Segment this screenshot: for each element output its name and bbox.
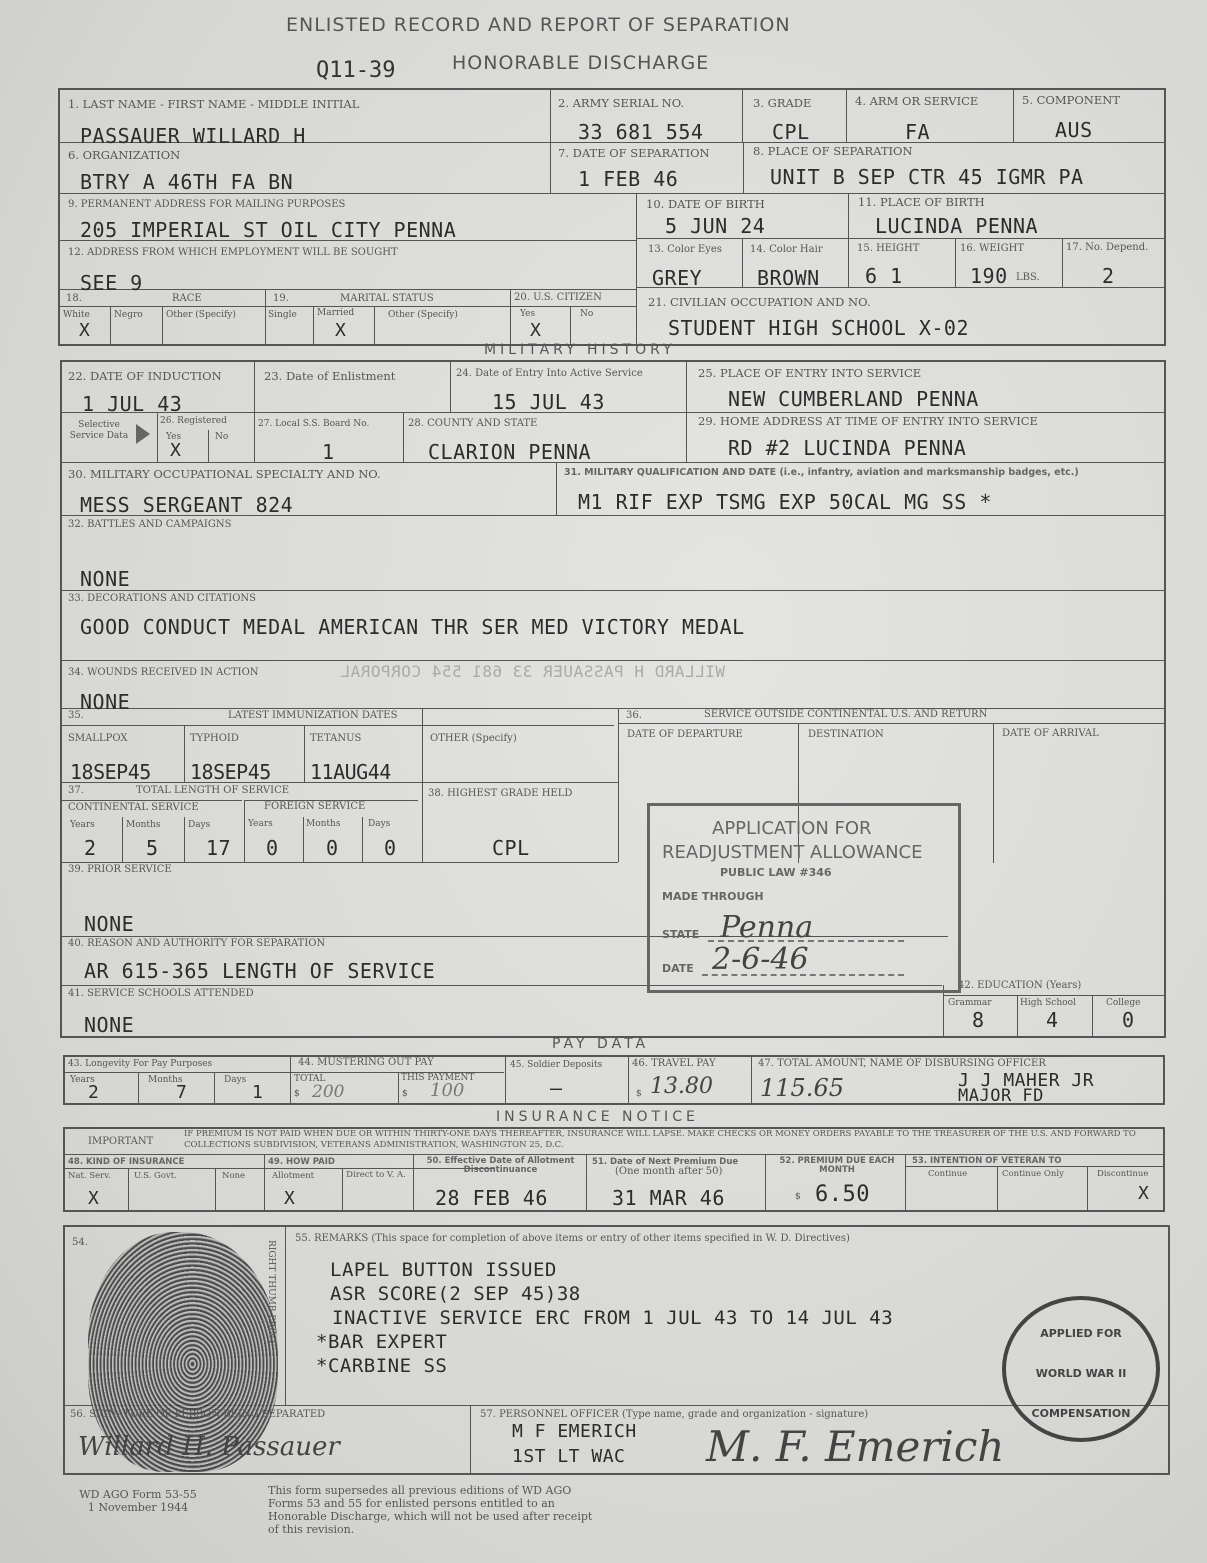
organization-label: 6. ORGANIZATION: [68, 148, 180, 162]
race-mark: X: [79, 320, 90, 341]
prior-service-field[interactable]: NONE: [84, 912, 134, 936]
highest-grade-label: 38. HIGHEST GRADE HELD: [428, 788, 572, 799]
foreign-years-field[interactable]: 0: [266, 836, 279, 860]
disbursing-officer-rank[interactable]: MAJOR FD: [958, 1086, 1044, 1106]
race-option-other[interactable]: Other (Specify): [166, 310, 236, 320]
citizen-option-yes[interactable]: Yes: [520, 309, 535, 319]
component-label: 5. COMPONENT: [1022, 93, 1120, 107]
personnel-officer-label: 57. PERSONNEL OFFICER (Type name, grade …: [480, 1409, 868, 1420]
college-field[interactable]: 0: [1122, 1008, 1135, 1032]
foreign-days-label: Days: [368, 819, 390, 829]
birth-place-field[interactable]: LUCINDA PENNA: [875, 214, 1038, 238]
insurance-option-us-govt[interactable]: U.S. Govt.: [134, 1171, 177, 1181]
longevity-days-label: Days: [224, 1075, 246, 1085]
last-name-label: 1. LAST NAME - FIRST NAME - MIDDLE INITI…: [68, 97, 359, 111]
remarks-line-5[interactable]: *CARBINE SS: [316, 1355, 447, 1377]
veteran-intention-label: 53. INTENTION OF VETERAN TO: [912, 1156, 1061, 1166]
separated-signature[interactable]: Willard H. Passauer: [78, 1432, 340, 1462]
insurance-option-nat-serv[interactable]: Nat. Serv.: [68, 1171, 111, 1181]
birth-place-label: 11. PLACE OF BIRTH: [858, 195, 985, 209]
weight-field[interactable]: 190: [970, 264, 1008, 288]
soldier-deposits-field[interactable]: —: [550, 1076, 563, 1100]
foreign-months-label: Months: [306, 819, 340, 829]
remarks-line-2[interactable]: ASR SCORE(2 SEP 45)38: [330, 1283, 581, 1305]
seal-text: APPLIED FOR WORLD WAR II COMPENSATION: [1018, 1314, 1144, 1434]
qualification-field[interactable]: M1 RIF EXP TSMG EXP 50CAL MG SS *: [578, 490, 992, 514]
stamp-line-2: READJUSTMENT ALLOWANCE: [662, 842, 922, 863]
stamp-line-1: APPLICATION FOR: [712, 818, 872, 839]
college-label: College: [1106, 998, 1140, 1008]
marital-mark: X: [335, 320, 346, 341]
how-paid-mark: X: [284, 1188, 295, 1209]
intention-option-continue[interactable]: Continue: [928, 1169, 967, 1179]
home-address-label: 29. HOME ADDRESS AT TIME OF ENTRY INTO S…: [698, 414, 1038, 428]
ghost-impression-text: WILLARD H PASSAUER 33 681 554 CORPORAL: [340, 662, 725, 681]
currency-symbol: $: [636, 1089, 642, 1099]
separation-date-label: 7. DATE OF SEPARATION: [558, 146, 710, 160]
registered-label: 26. Registered: [160, 416, 227, 426]
intention-option-discontinue[interactable]: Discontinue: [1097, 1169, 1148, 1179]
currency-symbol: $: [402, 1089, 408, 1099]
this-payment-field[interactable]: 100: [430, 1080, 464, 1101]
remarks-line-4[interactable]: *BAR EXPERT: [316, 1331, 447, 1353]
destination-label: DESTINATION: [808, 729, 884, 740]
citizen-option-no[interactable]: No: [580, 309, 593, 319]
active-service-date-label: 24. Date of Entry Into Active Service: [456, 368, 643, 379]
arm-field[interactable]: FA: [905, 120, 930, 144]
enlistment-date-label: 23. Date of Enlistment: [264, 369, 395, 383]
stamp-state-label: STATE: [662, 928, 699, 941]
marital-option-other[interactable]: Other (Specify): [388, 310, 458, 320]
personnel-officer-name[interactable]: M F EMERICH: [512, 1421, 637, 1442]
important-label: IMPORTANT: [88, 1136, 153, 1147]
marital-option-married[interactable]: Married: [317, 308, 354, 318]
separation-place-label: 8. PLACE OF SEPARATION: [753, 144, 913, 158]
mailing-address-label: 9. PERMANENT ADDRESS FOR MAILING PURPOSE…: [68, 199, 345, 210]
birth-date-field[interactable]: 5 JUN 24: [665, 214, 765, 238]
wounds-label: 34. WOUNDS RECEIVED IN ACTION: [68, 667, 259, 678]
stamp-date-value: 2-6-46: [712, 942, 809, 977]
employment-address-label: 12. ADDRESS FROM WHICH EMPLOYMENT WILL B…: [68, 247, 398, 258]
decorations-field[interactable]: GOOD CONDUCT MEDAL AMERICAN THR SER MED …: [80, 615, 745, 639]
mustering-out-label: 44. MUSTERING OUT PAY: [298, 1057, 434, 1068]
organization-field[interactable]: BTRY A 46TH FA BN: [80, 170, 293, 194]
home-address-field[interactable]: RD #2 LUCINDA PENNA: [728, 436, 966, 460]
weight-unit: LBS.: [1016, 272, 1040, 283]
personnel-officer-rank[interactable]: 1ST LT WAC: [512, 1446, 625, 1467]
high-school-field[interactable]: 4: [1046, 1008, 1059, 1032]
grammar-field[interactable]: 8: [972, 1008, 985, 1032]
induction-date-field[interactable]: 1 JUL 43: [82, 392, 182, 416]
service-schools-label: 41. SERVICE SCHOOLS ATTENDED: [68, 988, 254, 999]
race-label: RACE: [172, 293, 202, 304]
active-service-date-field[interactable]: 15 JUL 43: [492, 390, 605, 414]
document-page: ENLISTED RECORD AND REPORT OF SEPARATION…: [0, 0, 1207, 1563]
qualification-label: 31. MILITARY QUALIFICATION AND DATE (i.e…: [564, 467, 1079, 478]
pay-data-heading: PAY DATA: [552, 1036, 649, 1052]
continental-service-label: CONTINENTAL SERVICE: [68, 802, 199, 813]
occupation-field[interactable]: STUDENT HIGH SCHOOL X-02: [668, 316, 969, 340]
form-number-block: WD AGO Form 53-55 1 November 1944: [60, 1488, 216, 1514]
stamp-date-label: DATE: [662, 962, 694, 975]
citizen-mark: X: [530, 320, 541, 341]
component-field[interactable]: AUS: [1055, 118, 1093, 142]
marital-number: 19.: [273, 293, 289, 304]
arrival-date-label: DATE OF ARRIVAL: [1002, 728, 1099, 739]
arm-label: 4. ARM OR SERVICE: [855, 94, 978, 108]
separated-signature-label: 56. SIGNATURE OF PERSON BEING SEPARATED: [70, 1409, 325, 1420]
stamp-state-value: Penna: [720, 910, 813, 945]
smallpox-field[interactable]: 18SEP45: [70, 760, 151, 784]
prior-service-label: 39. PRIOR SERVICE: [68, 864, 172, 875]
ss-board-label: 27. Local S.S. Board No.: [258, 419, 369, 429]
race-option-white[interactable]: White: [63, 310, 90, 320]
intention-option-continue-only[interactable]: Continue Only: [1002, 1169, 1064, 1179]
race-option-negro[interactable]: Negro: [114, 310, 143, 320]
arrow-right-icon: [136, 424, 150, 444]
compensation-seal-stamp: APPLIED FOR WORLD WAR II COMPENSATION: [1002, 1296, 1160, 1442]
hair-color-field[interactable]: BROWN: [757, 266, 820, 290]
thumbprint-number: 54.: [72, 1237, 88, 1248]
typhoid-field[interactable]: 18SEP45: [190, 760, 271, 784]
file-number: Q11-39: [316, 58, 395, 83]
foreign-service-label: SERVICE OUTSIDE CONTINENTAL U.S. AND RET…: [704, 709, 987, 720]
dependents-label: 17. No. Depend.: [1066, 242, 1148, 253]
hair-color-label: 14. Color Hair: [750, 244, 823, 255]
stamp-line-3: PUBLIC LAW #346: [720, 866, 832, 879]
high-school-label: High School: [1020, 998, 1076, 1008]
induction-date-label: 22. DATE OF INDUCTION: [68, 369, 222, 383]
premium-due-label: 52. PREMIUM DUE EACH MONTH: [772, 1157, 902, 1175]
entry-place-field[interactable]: NEW CUMBERLAND PENNA: [728, 387, 979, 411]
registered-option-no[interactable]: No: [215, 432, 228, 442]
weight-label: 16. WEIGHT: [960, 243, 1024, 254]
education-label: 42. EDUCATION (Years): [958, 980, 1081, 991]
next-premium-field[interactable]: 31 MAR 46: [612, 1186, 725, 1210]
important-notice-text: IF PREMIUM IS NOT PAID WHEN DUE OR WITHI…: [184, 1129, 1144, 1151]
grade-label: 3. GRADE: [753, 96, 811, 110]
foreign-service-length-label: FOREIGN SERVICE: [264, 801, 365, 812]
stamp-made-through: MADE THROUGH: [662, 890, 764, 903]
occupation-label: 21. CIVILIAN OCCUPATION AND NO.: [648, 295, 871, 309]
premium-due-field[interactable]: 6.50: [815, 1182, 870, 1207]
separation-place-field[interactable]: UNIT B SEP CTR 45 IGMR PA: [770, 165, 1084, 189]
remarks-line-1[interactable]: LAPEL BUTTON ISSUED: [330, 1259, 557, 1281]
total-amount-label: 47. TOTAL AMOUNT, NAME OF DISBURSING OFF…: [758, 1058, 1046, 1069]
entry-place-label: 25. PLACE OF ENTRY INTO SERVICE: [698, 366, 921, 380]
service-schools-field[interactable]: NONE: [84, 1013, 134, 1037]
mailing-address-field[interactable]: 205 IMPERIAL ST OIL CITY PENNA: [80, 218, 456, 242]
departure-date-label: DATE OF DEPARTURE: [627, 729, 743, 740]
height-label: 15. HEIGHT: [857, 243, 919, 254]
registered-mark: X: [170, 440, 181, 461]
employment-address-field[interactable]: SEE 9: [80, 271, 143, 295]
readjustment-allowance-stamp: APPLICATION FOR READJUSTMENT ALLOWANCE P…: [647, 803, 961, 993]
foreign-years-label: Years: [248, 819, 273, 829]
service-length-label: TOTAL LENGTH OF SERVICE: [136, 785, 289, 796]
separation-reason-label: 40. REASON AND AUTHORITY FOR SEPARATION: [68, 938, 325, 949]
longevity-days-field[interactable]: 1: [252, 1082, 263, 1103]
immunization-label: LATEST IMMUNIZATION DATES: [228, 710, 397, 721]
smallpox-label: SMALLPOX: [68, 733, 127, 744]
battles-field[interactable]: NONE: [80, 567, 130, 591]
foreign-days-field[interactable]: 0: [384, 836, 397, 860]
cont-months-label: Months: [126, 820, 160, 830]
immunization-number: 35.: [68, 710, 84, 721]
insurance-notice-heading: INSURANCE NOTICE: [496, 1109, 699, 1125]
battles-label: 32. BATTLES AND CAMPAIGNS: [68, 519, 231, 530]
foreign-service-number: 36.: [626, 710, 642, 721]
mos-label: 30. MILITARY OCCUPATIONAL SPECIALTY AND …: [68, 467, 381, 481]
thumb-label: RIGHT THUMB PRINT: [266, 1240, 276, 1345]
allotment-discontinuance-field[interactable]: 28 FEB 46: [435, 1186, 548, 1210]
remarks-line-3[interactable]: INACTIVE SERVICE ERC FROM 1 JUL 43 TO 14…: [332, 1307, 893, 1329]
insurance-option-none[interactable]: None: [222, 1171, 245, 1181]
paid-option-allotment[interactable]: Allotment: [272, 1171, 314, 1181]
serial-label: 2. ARMY SERIAL NO.: [558, 96, 684, 110]
soldier-deposits-label: 45. Soldier Deposits: [510, 1060, 602, 1070]
marital-label: MARITAL STATUS: [340, 293, 434, 304]
mos-field[interactable]: MESS SERGEANT 824: [80, 493, 293, 517]
currency-symbol: $: [795, 1192, 801, 1202]
travel-pay-field[interactable]: 13.80: [650, 1074, 713, 1099]
dependents-field[interactable]: 2: [1102, 264, 1115, 288]
longevity-label: 43. Longevity For Pay Purposes: [68, 1059, 212, 1069]
citizen-label: 20. U.S. CITIZEN: [514, 292, 602, 303]
service-length-number: 37.: [68, 785, 84, 796]
foreign-months-field[interactable]: 0: [326, 836, 339, 860]
grade-field[interactable]: CPL: [772, 120, 810, 144]
cont-years-field[interactable]: 2: [84, 836, 97, 860]
insurance-kind-label: 48. KIND OF INSURANCE: [68, 1157, 184, 1167]
typhoid-label: TYPHOID: [190, 733, 239, 744]
grammar-label: Grammar: [948, 998, 992, 1008]
veteran-intention-mark: X: [1138, 1183, 1149, 1204]
form-title: ENLISTED RECORD AND REPORT OF SEPARATION: [286, 14, 791, 36]
separation-reason-field[interactable]: AR 615-365 LENGTH OF SERVICE: [84, 959, 435, 983]
other-immunization-label: OTHER (Specify): [430, 733, 517, 744]
personnel-officer-signature[interactable]: M. F. Emerich: [706, 1422, 1004, 1471]
height-field[interactable]: 6 1: [865, 264, 903, 288]
cont-months-field[interactable]: 5: [146, 836, 159, 860]
eye-color-label: 13. Color Eyes: [648, 244, 722, 255]
remarks-label: 55. REMARKS (This space for completion o…: [295, 1233, 850, 1244]
mustering-total-field[interactable]: 200: [312, 1082, 344, 1102]
next-premium-sublabel: (One month after 50): [615, 1166, 722, 1177]
military-history-heading: MILITARY HISTORY: [484, 342, 676, 358]
total-amount-field[interactable]: 115.65: [760, 1074, 844, 1102]
form-number: WD AGO Form 53-55: [60, 1488, 216, 1501]
county-state-label: 28. COUNTY AND STATE: [408, 418, 537, 429]
longevity-months-field[interactable]: 7: [176, 1082, 187, 1103]
tetanus-label: TETANUS: [310, 733, 361, 744]
tetanus-field[interactable]: 11AUG44: [310, 760, 391, 784]
travel-pay-label: 46. TRAVEL PAY: [632, 1058, 716, 1069]
cont-days-field[interactable]: 17: [206, 836, 231, 860]
separation-date-field[interactable]: 1 FEB 46: [578, 167, 678, 191]
wounds-field[interactable]: NONE: [80, 690, 130, 714]
birth-date-label: 10. DATE OF BIRTH: [646, 197, 765, 211]
marital-option-single[interactable]: Single: [268, 310, 297, 320]
form-subtitle: HONORABLE DISCHARGE: [452, 52, 709, 74]
highest-grade-field[interactable]: CPL: [492, 836, 530, 860]
insurance-kind-mark: X: [88, 1188, 99, 1209]
paid-option-direct[interactable]: Direct to V. A.: [346, 1171, 406, 1180]
currency-symbol: $: [294, 1089, 300, 1099]
eye-color-field[interactable]: GREY: [652, 266, 702, 290]
ss-board-field[interactable]: 1: [322, 440, 335, 464]
name-field[interactable]: PASSAUER WILLARD H: [80, 124, 306, 148]
selective-service-label: Selective Service Data: [66, 420, 132, 442]
allotment-discontinuance-label: 50. Effective Date of Allotment Disconti…: [418, 1157, 583, 1175]
longevity-years-field[interactable]: 2: [88, 1082, 99, 1103]
race-number: 18.: [66, 293, 82, 304]
how-paid-label: 49. HOW PAID: [268, 1157, 335, 1167]
decorations-label: 33. DECORATIONS AND CITATIONS: [68, 593, 256, 604]
county-state-field[interactable]: CLARION PENNA: [428, 440, 591, 464]
form-date: 1 November 1944: [60, 1501, 216, 1514]
cont-days-label: Days: [188, 820, 210, 830]
supersedes-notice: This form supersedes all previous editio…: [268, 1484, 604, 1536]
serial-field[interactable]: 33 681 554: [578, 120, 703, 144]
cont-years-label: Years: [70, 820, 95, 830]
